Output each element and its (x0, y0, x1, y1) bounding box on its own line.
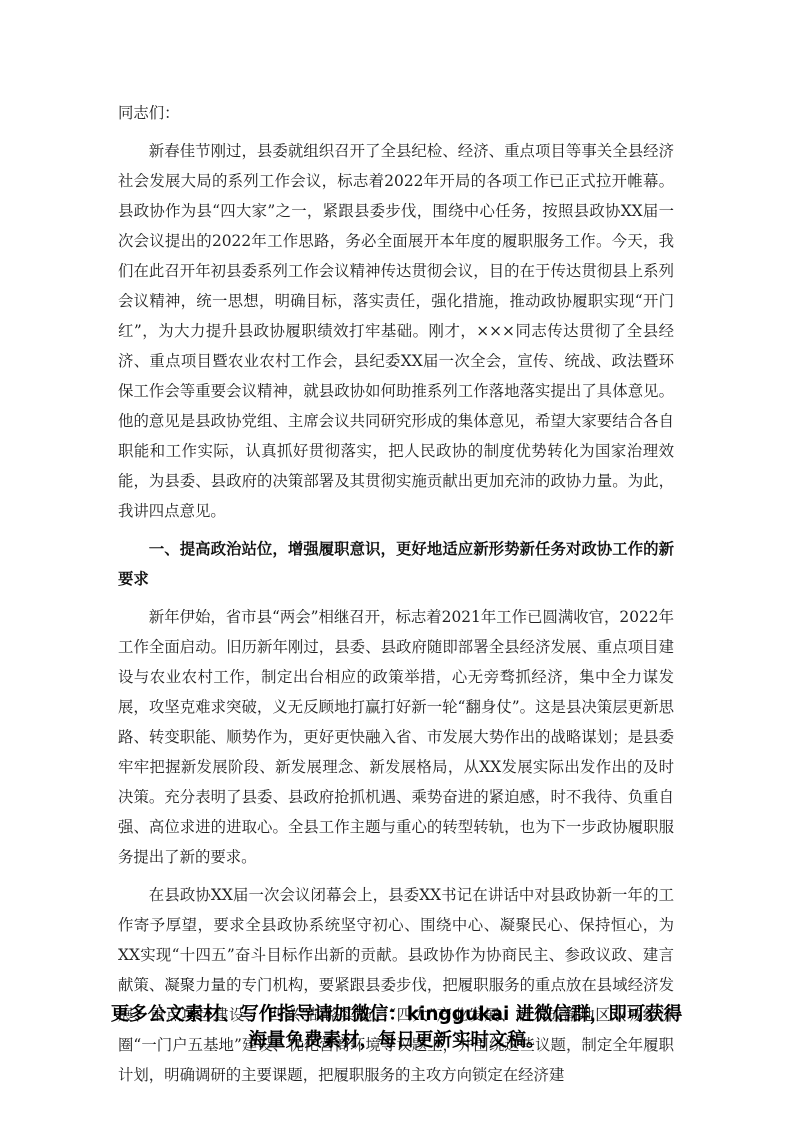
document-body: 同志们： 新春佳节刚过，县委就组织召开了全县纪检、经济、重点项目等事关全县经济社… (118, 98, 674, 1098)
section1-paragraph-2: 在县政协XX届一次会议闭幕会上，县委XX书记在讲话中对县政协新一年的工作寄予厚望… (118, 880, 674, 1090)
section1-paragraph-1: 新年伊始，省市县“两会”相继召开，标志着2021年工作已圆满收官，2022年工作… (118, 602, 674, 872)
greeting: 同志们： (118, 98, 674, 128)
promo-line-2: 海量免费素材，每日更新实时文稿。 (90, 1028, 703, 1054)
promo-footer: 更多公文素材、写作指导请加微信：kinggukai 进微信群，即可获得 海量免费… (90, 1002, 703, 1054)
intro-paragraph: 新春佳节刚过，县委就组织召开了全县纪检、经济、重点项目等事关全县经济社会发展大局… (118, 136, 674, 526)
promo-line-1: 更多公文素材、写作指导请加微信：kinggukai 进微信群，即可获得 (90, 1002, 703, 1028)
section-heading-1: 一、提高政治站位，增强履职意识，更好地适应新形势新任务对政协工作的新要求 (118, 534, 674, 594)
